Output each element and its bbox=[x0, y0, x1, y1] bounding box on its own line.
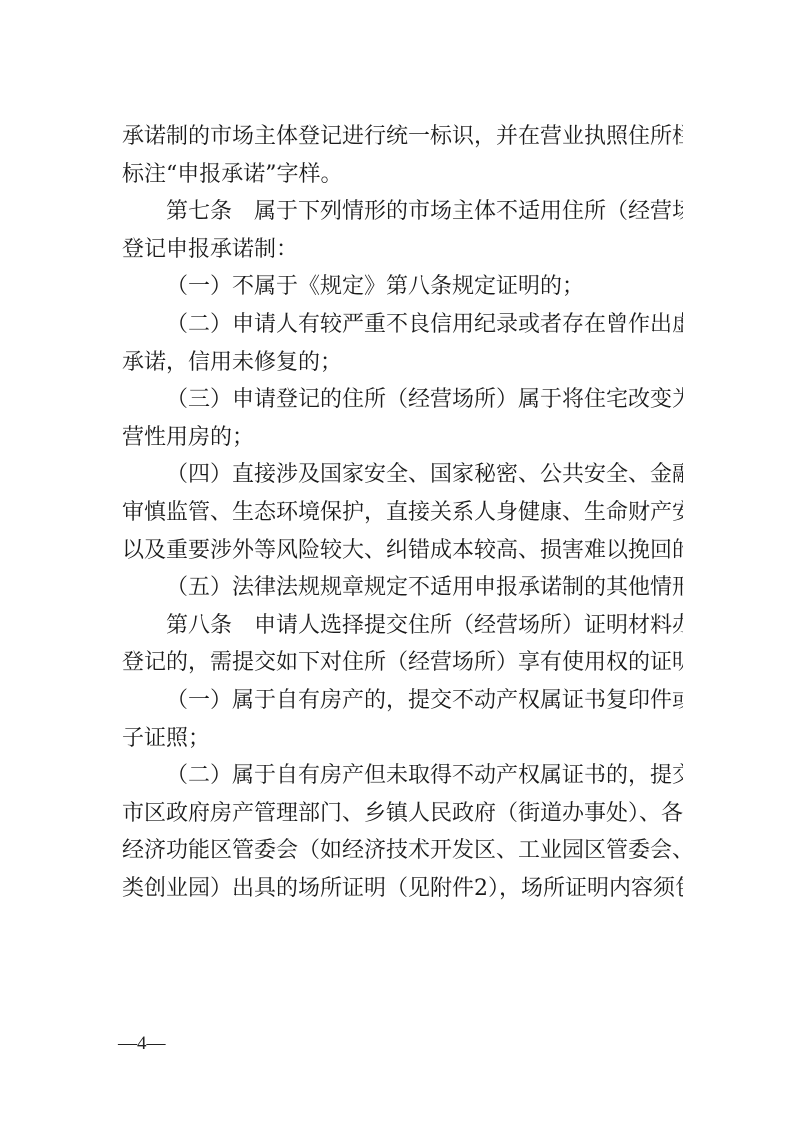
text-line: 市区政府房产管理部门、乡镇人民政府（街道办事处）、各类 bbox=[122, 795, 683, 833]
document-body: 承诺制的市场主体登记进行统一标识，并在营业执照住所栏后 标注“申报承诺”字样。 … bbox=[122, 118, 683, 907]
article-8-heading: 第八条 申请人选择提交住所（经营场所）证明材料办理 bbox=[122, 607, 683, 645]
list-item: （一）属于自有房产的，提交不动产权属证书复印件或电 bbox=[122, 682, 683, 720]
list-item: （二）申请人有较严重不良信用纪录或者存在曾作出虚假 bbox=[122, 306, 683, 344]
list-item: （三）申请登记的住所（经营场所）属于将住宅改变为经 bbox=[122, 381, 683, 419]
text-line: 承诺，信用未修复的； bbox=[122, 344, 683, 382]
text-line: 登记的，需提交如下对住所（经营场所）享有使用权的证明。 bbox=[122, 644, 683, 682]
text-line: 子证照； bbox=[122, 720, 683, 758]
text-line: 以及重要涉外等风险较大、纠错成本较高、损害难以挽回的； bbox=[122, 532, 683, 570]
page-number: —4— bbox=[118, 1033, 166, 1055]
text-line: 承诺制的市场主体登记进行统一标识，并在营业执照住所栏后 bbox=[122, 118, 683, 156]
text-line: 经济功能区管委会（如经济技术开发区、工业园区管委会、各 bbox=[122, 832, 683, 870]
list-item: （四）直接涉及国家安全、国家秘密、公共安全、金融业 bbox=[122, 456, 683, 494]
text-line: 登记申报承诺制： bbox=[122, 231, 683, 269]
article-7-heading: 第七条 属于下列情形的市场主体不适用住所（经营场所） bbox=[122, 193, 683, 231]
text-line: 标注“申报承诺”字样。 bbox=[122, 156, 683, 194]
text-line: 审慎监管、生态环境保护，直接关系人身健康、生命财产安全， bbox=[122, 494, 683, 532]
text-line: 营性用房的； bbox=[122, 419, 683, 457]
text-line: 类创业园）出具的场所证明（见附件2），场所证明内容须包 bbox=[122, 870, 683, 908]
list-item: （五）法律法规规章规定不适用申报承诺制的其他情形。 bbox=[122, 569, 683, 607]
list-item: （一）不属于《规定》第八条规定证明的； bbox=[122, 268, 683, 306]
list-item: （二）属于自有房产但未取得不动产权属证书的，提交县 bbox=[122, 757, 683, 795]
